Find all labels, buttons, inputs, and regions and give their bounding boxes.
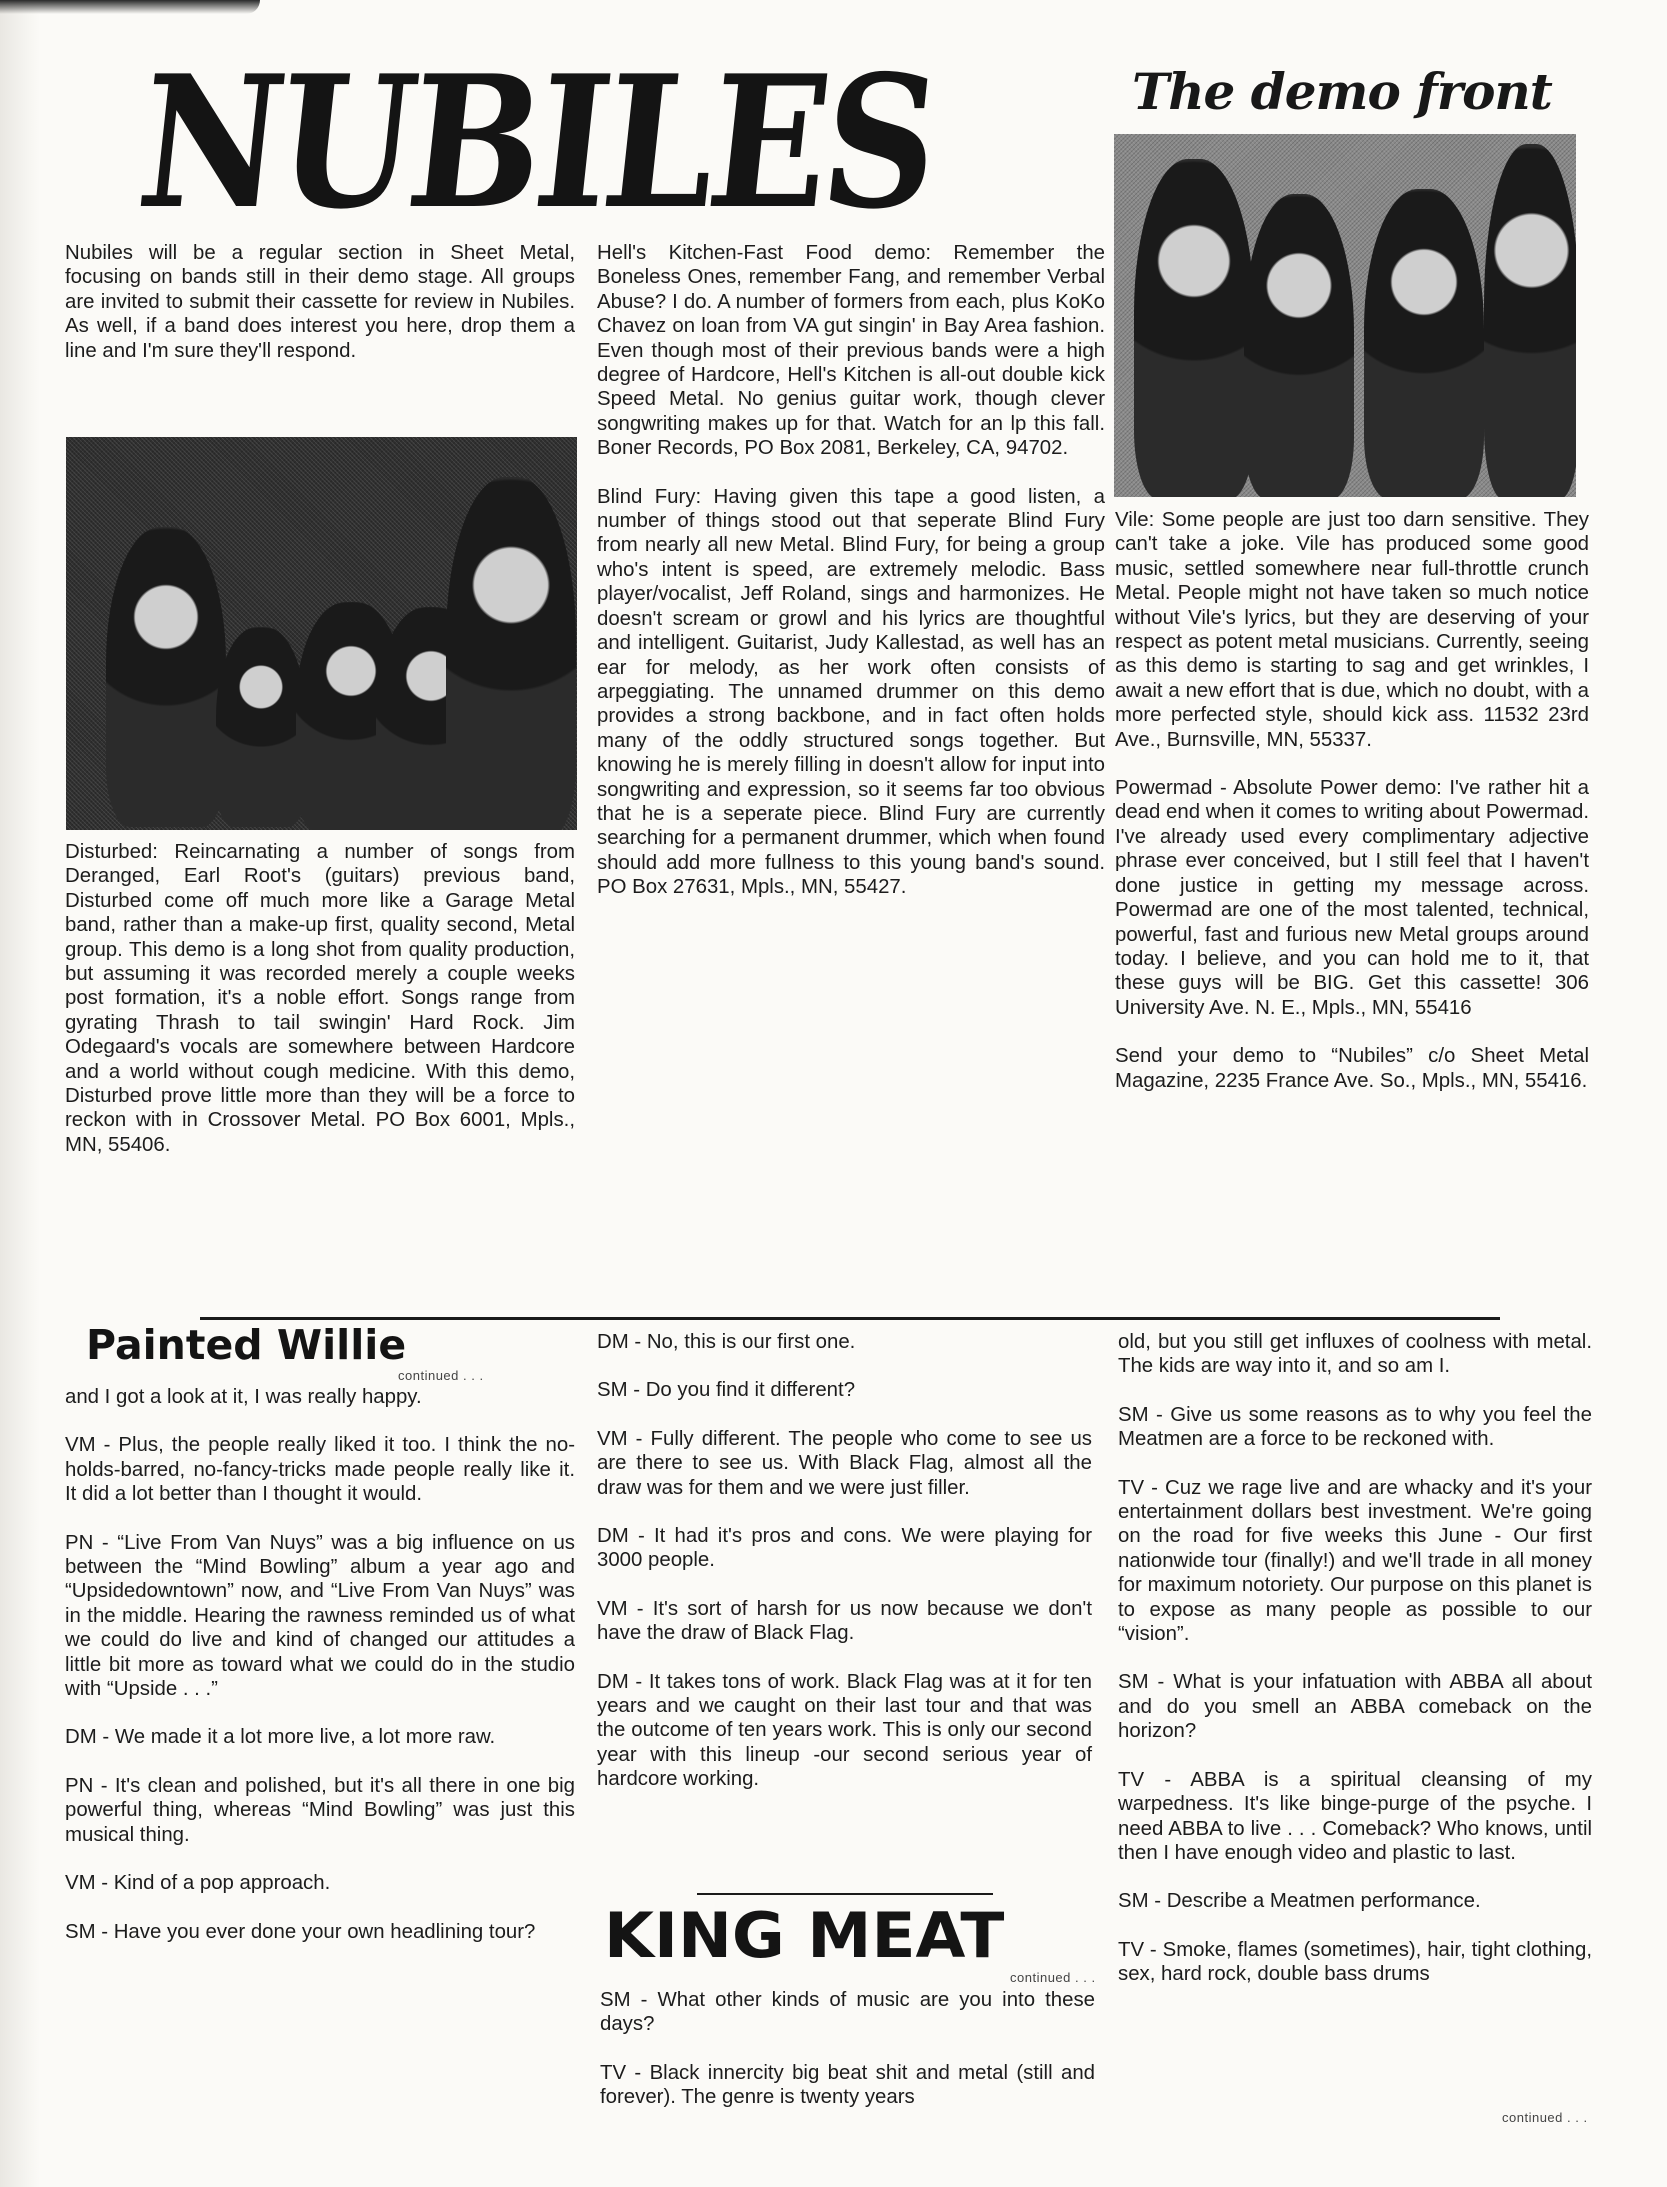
interview-line: old, but you still get influxes of cooln…: [1118, 1330, 1592, 1379]
photo-figure: [106, 527, 226, 827]
interview-line: TV - Smoke, flames (sometimes), hair, ti…: [1118, 1938, 1592, 1987]
interview-line: DM - It had it's pros and cons. We were …: [597, 1524, 1092, 1573]
interview-line: TV - ABBA is a spiritual cleansing of my…: [1118, 1768, 1592, 1866]
section-subtitle: The demo front: [1132, 62, 1572, 122]
photo-figure: [446, 477, 576, 830]
photo-figure: [1484, 144, 1576, 497]
interview-line: PN - It's clean and polished, but it's a…: [65, 1774, 575, 1847]
masthead-title: NUBILES: [136, 58, 946, 226]
interview-line: SM - Do you find it different?: [597, 1378, 1092, 1402]
king-meat-interview-col2: SM - What other kinds of music are you i…: [600, 1988, 1095, 2134]
interview-line: SM - What is your infatuation with ABBA …: [1118, 1670, 1592, 1743]
king-meat-title: KING MEAT: [604, 1906, 1114, 1966]
continued-label: continued . . .: [398, 1368, 484, 1383]
interview-line: DM - We made it a lot more live, a lot m…: [65, 1725, 575, 1749]
interview-line: DM - No, this is our first one.: [597, 1330, 1092, 1354]
interview-line: VM - Fully different. The people who com…: [597, 1427, 1092, 1500]
interview-line: SM - Have you ever done your own headlin…: [65, 1920, 575, 1944]
disturbed-band-photo: [66, 437, 577, 830]
king-meat-divider: [697, 1893, 993, 1895]
photo-figure: [1134, 159, 1254, 497]
review-hells-kitchen: Hell's Kitchen-Fast Food demo: Remember …: [597, 241, 1105, 461]
review-powermad: Powermad - Absolute Power demo: I've rat…: [1115, 776, 1589, 1020]
painted-willie-interview-col2: DM - No, this is our first one. SM - Do …: [597, 1330, 1092, 1792]
interview-line: PN - “Live From Van Nuys” was a big infl…: [65, 1531, 575, 1702]
interview-line: VM - It's sort of harsh for us now becau…: [597, 1597, 1092, 1646]
interview-line: VM - Kind of a pop approach.: [65, 1871, 575, 1895]
review-disturbed: Disturbed: Reincarnating a number of son…: [65, 840, 575, 1181]
intro-text: Nubiles will be a regular section in She…: [65, 241, 575, 363]
intro-paragraph: Nubiles will be a regular section in She…: [65, 241, 575, 387]
interview-line: DM - It takes tons of work. Black Flag w…: [597, 1670, 1092, 1792]
interview-line: VM - Plus, the people really liked it to…: [65, 1433, 575, 1506]
interview-line: SM - Describe a Meatmen performance.: [1118, 1889, 1592, 1913]
review-column-2: Hell's Kitchen-Fast Food demo: Remember …: [597, 241, 1105, 924]
scan-shadow: [0, 0, 260, 14]
painted-willie-title: Painted Willie: [86, 1322, 506, 1368]
review-blind-fury: Blind Fury: Having given this tape a goo…: [597, 485, 1105, 900]
interview-line: TV - Black innercity big beat shit and m…: [600, 2061, 1095, 2110]
page-binding-edge: [0, 0, 40, 2187]
review-vile: Vile: Some people are just too darn sens…: [1115, 508, 1589, 752]
vile-band-photo: [1114, 134, 1576, 497]
photo-figure: [1244, 194, 1354, 497]
king-meat-interview-col3: old, but you still get influxes of cooln…: [1118, 1330, 1592, 1987]
interview-line: SM - What other kinds of music are you i…: [600, 1988, 1095, 2037]
section-divider: [200, 1317, 1500, 1320]
review-column-3: Vile: Some people are just too darn sens…: [1115, 508, 1589, 1117]
photo-figure: [216, 627, 306, 827]
interview-line: SM - Give us some reasons as to why you …: [1118, 1403, 1592, 1452]
send-demo-notice: Send your demo to “Nubiles” c/o Sheet Me…: [1115, 1044, 1589, 1093]
painted-willie-interview-col1: and I got a look at it, I was really hap…: [65, 1385, 575, 1968]
photo-figure: [1364, 189, 1484, 497]
interview-line: and I got a look at it, I was really hap…: [65, 1385, 575, 1409]
continued-label: continued . . .: [1502, 2110, 1588, 2125]
interview-line: TV - Cuz we rage live and are whacky and…: [1118, 1476, 1592, 1647]
continued-label: continued . . .: [1010, 1970, 1096, 1985]
review-text: Disturbed: Reincarnating a number of son…: [65, 840, 575, 1157]
